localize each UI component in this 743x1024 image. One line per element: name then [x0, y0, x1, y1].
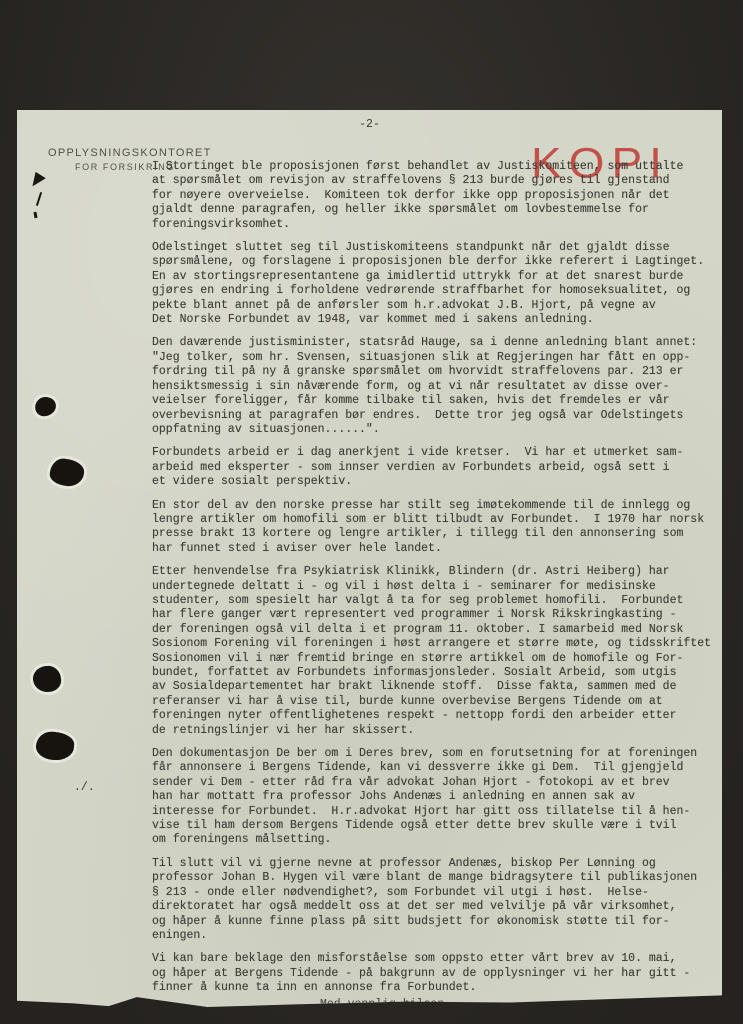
- punch-hole-4: [35, 731, 75, 762]
- letterhead-line-1: OPPLYSNINGSKONTORET: [48, 146, 212, 160]
- paragraph-6: Etter henvendelse fra Psykiatrisk Klinik…: [152, 565, 730, 738]
- punch-hole-2: [49, 457, 86, 487]
- punch-hole-1: [33, 395, 57, 418]
- letter-body: I Stortinget ble proposisjonen først beh…: [152, 160, 730, 1005]
- paragraph-2: Odelstinget sluttet seg til Justiskomite…: [152, 241, 730, 327]
- paragraph-5: En stor del av den norske presse har sti…: [152, 499, 730, 557]
- paragraph-8: Til slutt vil vi gjerne nevne at profess…: [152, 857, 730, 943]
- punch-hole-3: [32, 665, 62, 693]
- paragraph-1: I Stortinget ble proposisjonen først beh…: [152, 160, 730, 232]
- paragraph-4: Forbundets arbeid er i dag anerkjent i v…: [152, 446, 730, 489]
- letter-page: -2- OPPLYSNINGSKONTORET FOR FORSIKRING K…: [17, 110, 722, 1007]
- paragraph-9: Vi kan bare beklage den misforståelse so…: [152, 952, 730, 995]
- page-number: -2-: [17, 118, 722, 131]
- reference-mark: ./.: [74, 781, 95, 794]
- paragraph-3: Den daværende justisminister, statsråd H…: [152, 336, 730, 437]
- paper-tear-mark: [23, 162, 47, 222]
- paragraph-7: Den dokumentasjon De ber om i Deres brev…: [152, 747, 730, 848]
